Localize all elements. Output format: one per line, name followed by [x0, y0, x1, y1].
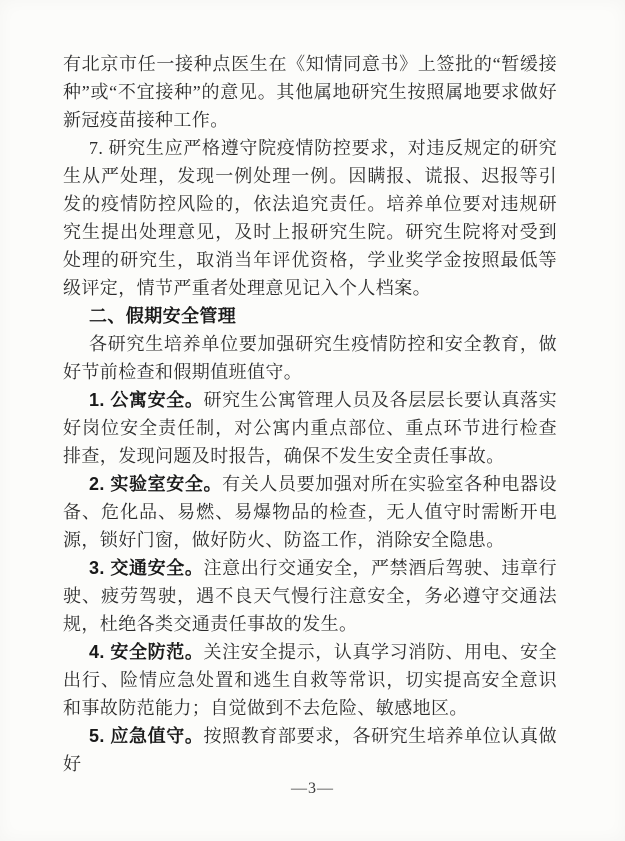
list-item-emergency-duty: 5. 应急值守。按照教育部要求，各研究生培养单位认真做好 — [63, 722, 557, 778]
paragraph-section-intro: 各研究生培养单位要加强研究生疫情防控和安全教育，做好节前检查和假期值班值守。 — [63, 330, 557, 386]
paragraph-rule-7: 7. 研究生应严格遵守院疫情防控要求，对违反规定的研究生从严处理，发现一例处理一… — [63, 134, 557, 302]
list-item-dorm-safety: 1. 公寓安全。研究生公寓管理人员及各层层长要认真落实好岗位安全责任制，对公寓内… — [63, 386, 557, 470]
list-item-lab-safety-label: 2. 实验室安全。 — [89, 474, 222, 494]
list-item-lab-safety: 2. 实验室安全。有关人员要加强对所在实验室各种电器设备、危化品、易燃、易爆物品… — [63, 470, 557, 554]
list-item-emergency-duty-label: 5. 应急值守。 — [89, 726, 204, 746]
paragraph-vaccination-continued: 有北京市任一接种点医生在《知情同意书》上签批的“暂缓接种”或“不宜接种”的意见。… — [63, 50, 557, 134]
section-heading-holiday-safety: 二、假期安全管理 — [63, 302, 557, 330]
page-number: —3— — [0, 779, 625, 799]
list-item-traffic-safety: 3. 交通安全。注意出行交通安全，严禁酒后驾驶、违章行驶、疲劳驾驶，遇不良天气慢… — [63, 554, 557, 638]
list-item-traffic-safety-label: 3. 交通安全。 — [89, 558, 204, 578]
list-item-safety-precaution: 4. 安全防范。关注安全提示，认真学习消防、用电、安全出行、险情应急处置和逃生自… — [63, 638, 557, 722]
scanned-document-page: 有北京市任一接种点医生在《知情同意书》上签批的“暂缓接种”或“不宜接种”的意见。… — [0, 0, 625, 841]
list-item-safety-precaution-label: 4. 安全防范。 — [89, 642, 204, 662]
list-item-dorm-safety-label: 1. 公寓安全。 — [89, 390, 204, 410]
document-body: 有北京市任一接种点医生在《知情同意书》上签批的“暂缓接种”或“不宜接种”的意见。… — [63, 50, 557, 778]
